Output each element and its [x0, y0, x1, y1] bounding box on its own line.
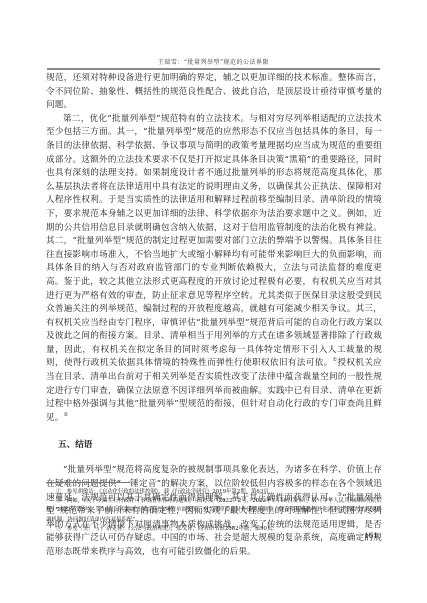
- running-head: 王瑞雪：“批量列举型”规范的公法界限: [47, 57, 380, 66]
- header-rule: [47, 68, 380, 70]
- paragraph: 第二，优化“批量列举型”规范特有的立法技术。与相对穷尽列举相适配的立法技术至少包…: [46, 113, 382, 426]
- paragraph-text: 第二，优化“批量列举型”规范特有的立法技术。与相对穷尽列举相适配的立法技术至少包…: [46, 114, 382, 369]
- footnote: ③ 参见［美］马丁·洛克林：《公法与政治理论》，郑戈译，商务印书馆2002年版，…: [46, 525, 382, 534]
- footnote-rule: [46, 482, 130, 483]
- footnotes: ① 参见胡敏洁：《自动化行政的法律控制》，载《行政法学研究》2019年第2期，第…: [46, 488, 382, 534]
- footnote: ① 参见胡敏洁：《自动化行政的法律控制》，载《行政法学研究》2019年第2期，第…: [46, 488, 382, 497]
- footnote: ② 例如，《关于全面实行行政许可事项清单管理的通知》（国办发〔2022〕2号，2…: [46, 497, 382, 525]
- section-heading: 五、结语: [58, 439, 382, 452]
- body-text: 规范，还须对特种设备进行更加明确的界定，辅之以更加详细的技术标准。整体而言，令不…: [46, 72, 382, 560]
- footnote-marker[interactable]: ②: [64, 412, 69, 418]
- page-number: 161: [364, 531, 378, 540]
- paragraph: 规范，还须对特种设备进行更加明确的界定，辅之以更加详细的技术标准。整体而言，令不…: [46, 72, 382, 113]
